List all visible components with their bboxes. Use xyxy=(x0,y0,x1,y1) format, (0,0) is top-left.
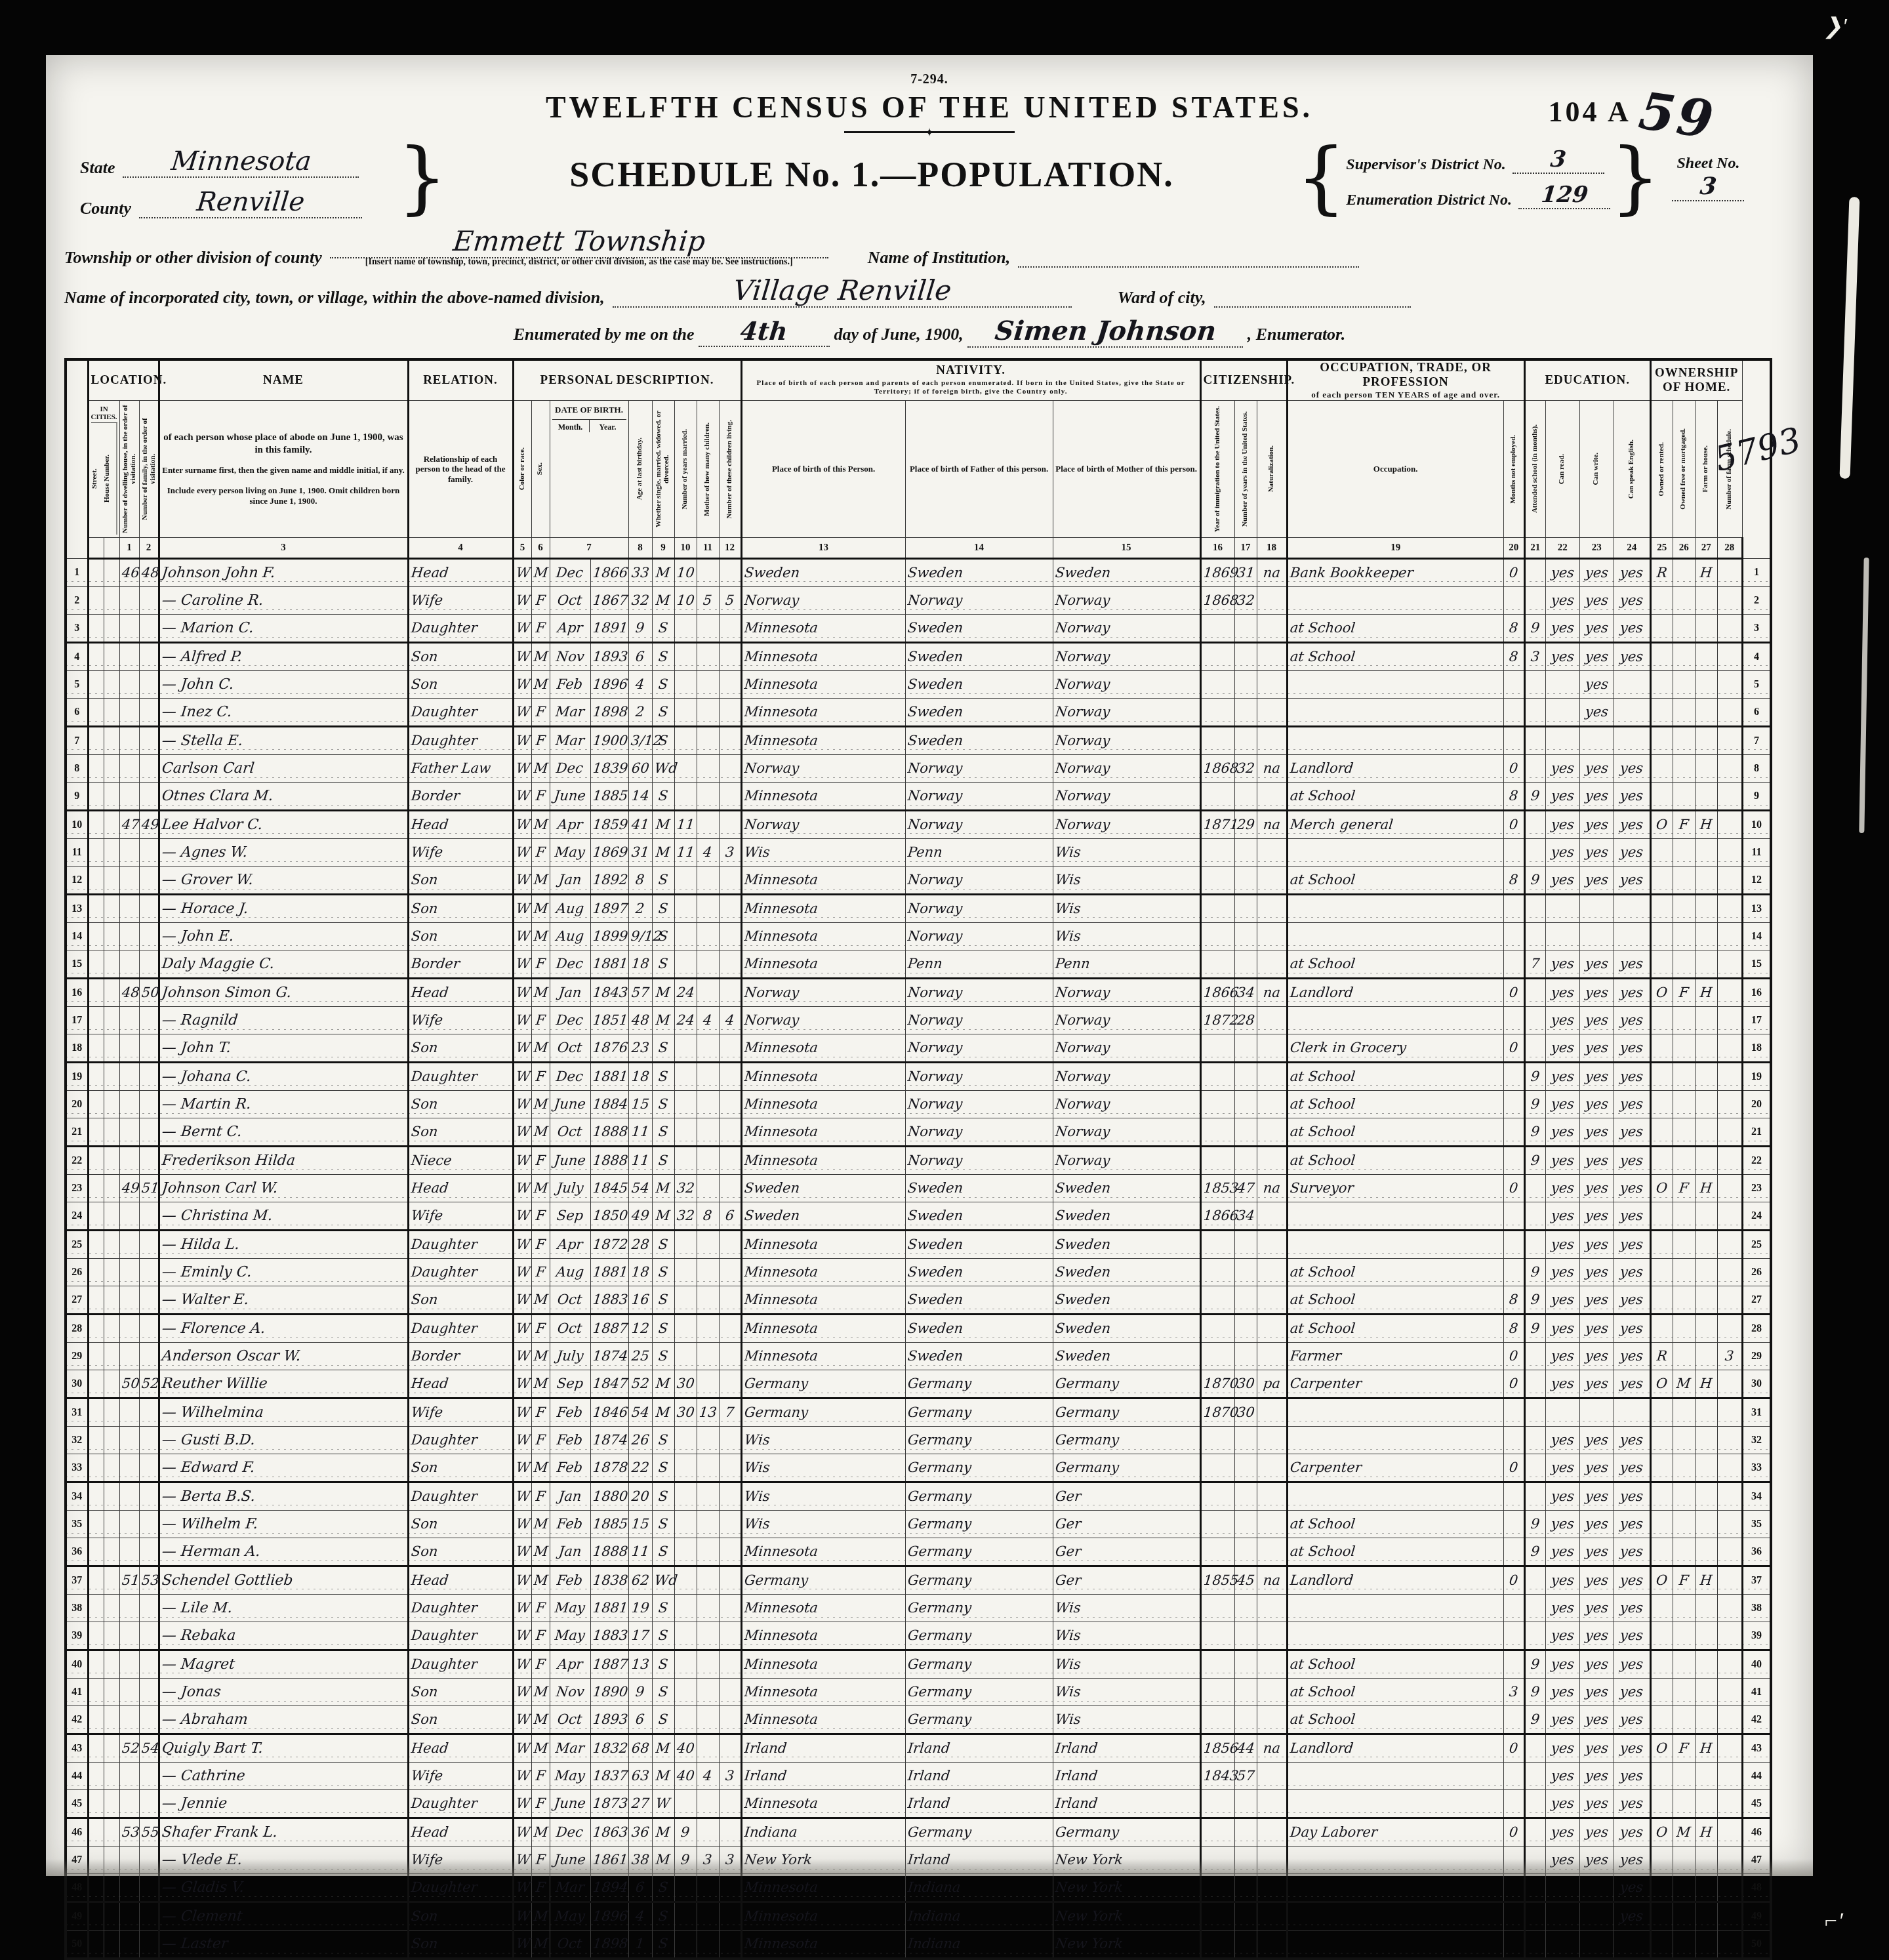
cell-age: 11 xyxy=(628,1538,652,1566)
cell-children-living xyxy=(719,1511,741,1538)
group-personal: PERSONAL DESCRIPTION. xyxy=(513,359,741,401)
cell-relation: Daughter xyxy=(408,1259,513,1286)
rownum-left: 32 xyxy=(66,1427,88,1454)
cell-can-write: yes xyxy=(1579,1259,1614,1286)
cell-farm-schedule xyxy=(1717,1790,1742,1818)
cell-birth-year: 1897 xyxy=(590,895,628,923)
cell-color: W xyxy=(513,671,531,699)
cell-mother-birthplace: Sweden xyxy=(1053,1286,1200,1315)
cell-mother-birthplace: Norway xyxy=(1053,755,1200,783)
cell-years-married xyxy=(674,1902,697,1930)
cell-can-read: yes xyxy=(1545,1538,1579,1566)
cell-can-read: yes xyxy=(1545,1202,1579,1231)
cell-family: 54 xyxy=(139,1734,159,1763)
cell-months-not-employed: 0 xyxy=(1503,1175,1524,1202)
cell-can-write: yes xyxy=(1579,1595,1614,1622)
street-cell xyxy=(88,1007,104,1034)
cell-free-mortgaged xyxy=(1673,1427,1695,1454)
cell-birth-year: 1874 xyxy=(590,1427,628,1454)
cell-father-birthplace: Sweden xyxy=(905,1202,1053,1231)
house-cell xyxy=(104,1399,119,1427)
cell-father-birthplace: Norway xyxy=(905,811,1053,839)
cell-months-not-employed xyxy=(1503,1091,1524,1118)
cell-immigration-year xyxy=(1200,1930,1234,1959)
cell-birthplace: Germany xyxy=(741,1566,905,1595)
cell-can-speak-english: yes xyxy=(1614,1566,1650,1595)
census-sheet: 7-294. TWELFTH CENSUS OF THE UNITED STAT… xyxy=(46,55,1813,1876)
cell-mother-birthplace: Norway xyxy=(1053,1007,1200,1034)
cell-mother-of: 4 xyxy=(697,1007,719,1034)
cell-marital: M xyxy=(652,559,674,587)
cell-marital: S xyxy=(652,1118,674,1147)
cell-can-write: yes xyxy=(1579,1315,1614,1343)
cell-farm-schedule xyxy=(1717,1370,1742,1399)
cell-name: — Clement xyxy=(159,1902,408,1930)
cell-name: Reuther Willie xyxy=(159,1370,408,1399)
cell-can-write: yes xyxy=(1579,1454,1614,1482)
cell-mother-birthplace: Norway xyxy=(1053,699,1200,727)
cell-marital: S xyxy=(652,1147,674,1175)
cell-years-married: 32 xyxy=(674,1175,697,1202)
cell-mother-birthplace: Norway xyxy=(1053,615,1200,643)
cell-farm-house xyxy=(1695,1482,1717,1511)
farm-house-header: Farm or house. xyxy=(1695,401,1717,538)
cell-can-read: yes xyxy=(1545,1679,1579,1706)
cell-farm-schedule xyxy=(1717,1650,1742,1679)
cell-birth-month: Nov xyxy=(550,1679,590,1706)
cell-owned-rented: O xyxy=(1650,1734,1673,1763)
cell-birth-year: 1888 xyxy=(590,1538,628,1566)
cell-naturalization xyxy=(1257,1034,1287,1063)
cell-sex: M xyxy=(531,923,550,950)
cell-mother-of xyxy=(697,643,719,671)
owned-rented-header: Owned or rented. xyxy=(1650,401,1673,538)
cell-children-living xyxy=(719,1231,741,1259)
rownum-right: 33 xyxy=(1742,1454,1771,1482)
cell-years-in-us xyxy=(1234,1790,1257,1818)
cell-free-mortgaged xyxy=(1673,1231,1695,1259)
cell-family: 48 xyxy=(139,559,159,587)
rownum-right: 37 xyxy=(1742,1566,1771,1595)
column-number-4: 4 xyxy=(408,538,513,559)
cell-marital: S xyxy=(652,1063,674,1091)
cell-children-living xyxy=(719,1454,741,1482)
cell-mother-of xyxy=(697,1315,719,1343)
cell-father-birthplace: Sweden xyxy=(905,671,1053,699)
cell-color: W xyxy=(513,811,531,839)
house-cell xyxy=(104,587,119,615)
cell-birthplace: Minnesota xyxy=(741,1231,905,1259)
cell-immigration-year xyxy=(1200,1847,1234,1874)
rownum-left: 2 xyxy=(66,587,88,615)
street-cell xyxy=(88,1147,104,1175)
cell-sex: M xyxy=(531,811,550,839)
cell-farm-house xyxy=(1695,1034,1717,1063)
cell-birth-year: 1843 xyxy=(590,979,628,1007)
cell-birth-year: 1890 xyxy=(590,1679,628,1706)
cell-farm-house xyxy=(1695,950,1717,979)
cell-sex: M xyxy=(531,1538,550,1566)
street-cell xyxy=(88,1063,104,1091)
cell-immigration-year xyxy=(1200,1706,1234,1734)
cell-children-living xyxy=(719,1427,741,1454)
cell-can-speak-english: yes xyxy=(1614,1231,1650,1259)
table-row: 164850Johnson Simon G.HeadWMJan184357M24… xyxy=(66,979,1771,1007)
cell-birthplace: Minnesota xyxy=(741,1118,905,1147)
cell-occupation: at School xyxy=(1287,1063,1503,1091)
rownum-right: 41 xyxy=(1742,1679,1771,1706)
cell-free-mortgaged xyxy=(1673,895,1695,923)
cell-immigration-year xyxy=(1200,950,1234,979)
cell-immigration-year xyxy=(1200,783,1234,811)
cell-dwelling xyxy=(119,895,139,923)
cell-immigration-year xyxy=(1200,1286,1234,1315)
cell-can-write: yes xyxy=(1579,1847,1614,1874)
cell-years-married xyxy=(674,643,697,671)
cell-sex: F xyxy=(531,587,550,615)
cell-immigration-year xyxy=(1200,1595,1234,1622)
cell-can-speak-english: yes xyxy=(1614,1763,1650,1790)
table-row: 29Anderson Oscar W.BorderWMJuly187425SMi… xyxy=(66,1343,1771,1370)
cell-dwelling xyxy=(119,1847,139,1874)
cell-family xyxy=(139,1063,159,1091)
cell-months-not-employed xyxy=(1503,1790,1524,1818)
table-row: 11— Agnes W.WifeWFMay186931M1143WisPennW… xyxy=(66,839,1771,867)
cell-can-read: yes xyxy=(1545,1622,1579,1650)
street-cell xyxy=(88,1622,104,1650)
cell-free-mortgaged xyxy=(1673,1034,1695,1063)
cell-birth-month: Oct xyxy=(550,1315,590,1343)
cell-naturalization xyxy=(1257,1147,1287,1175)
street-cell xyxy=(88,1482,104,1511)
cell-free-mortgaged xyxy=(1673,1538,1695,1566)
cell-birth-year: 1881 xyxy=(590,1259,628,1286)
rownum-left: 40 xyxy=(66,1650,88,1679)
cell-years-married xyxy=(674,1538,697,1566)
cell-can-write: yes xyxy=(1579,839,1614,867)
cell-sex: F xyxy=(531,1650,550,1679)
dob-header: DATE OF BIRTH. Month. Year. xyxy=(550,401,628,538)
cell-mother-of xyxy=(697,1511,719,1538)
cell-naturalization xyxy=(1257,1231,1287,1259)
cell-can-speak-english: yes xyxy=(1614,1118,1650,1147)
cell-naturalization: na xyxy=(1257,1566,1287,1595)
cell-years-married xyxy=(674,895,697,923)
house-cell xyxy=(104,1118,119,1147)
cell-marital: S xyxy=(652,1034,674,1063)
cell-months-not-employed: 0 xyxy=(1503,1566,1524,1595)
cell-color: W xyxy=(513,1930,531,1959)
cell-birthplace: Norway xyxy=(741,755,905,783)
cell-farm-house xyxy=(1695,1650,1717,1679)
cell-birthplace: New York xyxy=(741,1847,905,1874)
street-cell xyxy=(88,1847,104,1874)
cell-dwelling: 51 xyxy=(119,1566,139,1595)
cell-father-birthplace: Germany xyxy=(905,1538,1053,1566)
cell-birth-year: 1845 xyxy=(590,1175,628,1202)
cell-relation: Daughter xyxy=(408,699,513,727)
cell-age: 49 xyxy=(628,1202,652,1231)
cell-school-months xyxy=(1524,1734,1545,1763)
street-cell xyxy=(88,1175,104,1202)
cell-farm-schedule xyxy=(1717,1930,1742,1959)
cell-farm-schedule xyxy=(1717,643,1742,671)
cell-school-months xyxy=(1524,811,1545,839)
cell-years-in-us xyxy=(1234,1147,1257,1175)
cell-can-write: yes xyxy=(1579,559,1614,587)
street-cell xyxy=(88,839,104,867)
cell-farm-schedule xyxy=(1717,1538,1742,1566)
cell-years-in-us xyxy=(1234,1343,1257,1370)
cell-color: W xyxy=(513,1679,531,1706)
cell-years-in-us: 34 xyxy=(1234,1202,1257,1231)
cell-birth-month: Feb xyxy=(550,1454,590,1482)
cell-children-living: 5 xyxy=(719,587,741,615)
cell-farm-schedule xyxy=(1717,1511,1742,1538)
cell-farm-house xyxy=(1695,1706,1717,1734)
cell-can-speak-english: yes xyxy=(1614,1595,1650,1622)
cell-years-married: 40 xyxy=(674,1763,697,1790)
cell-can-read: yes xyxy=(1545,1818,1579,1847)
cell-dwelling: 46 xyxy=(119,559,139,587)
cell-can-speak-english: yes xyxy=(1614,755,1650,783)
cell-birth-month: Dec xyxy=(550,755,590,783)
cell-birth-month: Nov xyxy=(550,643,590,671)
cell-marital: S xyxy=(652,950,674,979)
cell-family xyxy=(139,867,159,895)
cell-mother-of xyxy=(697,950,719,979)
cell-name: — Laster xyxy=(159,1930,408,1959)
street-cell xyxy=(88,1595,104,1622)
enumerated-day: 4th xyxy=(739,316,789,346)
cell-school-months xyxy=(1524,1343,1545,1370)
cell-relation: Son xyxy=(408,1706,513,1734)
enumeration-district-value: 129 xyxy=(1539,182,1589,208)
cell-family: 49 xyxy=(139,811,159,839)
cell-months-not-employed xyxy=(1503,1202,1524,1231)
cell-birth-month: Feb xyxy=(550,1566,590,1595)
cell-years-married xyxy=(674,867,697,895)
rownum-right: 5 xyxy=(1742,671,1771,699)
cell-naturalization xyxy=(1257,1818,1287,1847)
cell-occupation: Landlord xyxy=(1287,979,1503,1007)
cell-birth-month: Feb xyxy=(550,1511,590,1538)
cell-birth-year: 1892 xyxy=(590,867,628,895)
cell-farm-house xyxy=(1695,895,1717,923)
cell-sex: M xyxy=(531,1091,550,1118)
cell-owned-rented xyxy=(1650,783,1673,811)
cell-naturalization xyxy=(1257,1622,1287,1650)
cell-can-speak-english: yes xyxy=(1614,1902,1650,1930)
cell-mother-birthplace: Germany xyxy=(1053,1399,1200,1427)
cell-birthplace: Wis xyxy=(741,1454,905,1482)
page-title: TWELFTH CENSUS OF THE UNITED STATES. xyxy=(546,91,1313,124)
cell-mother-birthplace: Sweden xyxy=(1053,559,1200,587)
cell-years-married: 9 xyxy=(674,1847,697,1874)
cell-months-not-employed: 0 xyxy=(1503,1370,1524,1399)
rownum-right: 2 xyxy=(1742,587,1771,615)
cell-birthplace: Germany xyxy=(741,1399,905,1427)
cell-can-speak-english: yes xyxy=(1614,1790,1650,1818)
cell-mother-birthplace: Ger xyxy=(1053,1511,1200,1538)
cell-owned-rented: R xyxy=(1650,559,1673,587)
cell-can-read: yes xyxy=(1545,867,1579,895)
cell-father-birthplace: Norway xyxy=(905,923,1053,950)
cell-years-married: 24 xyxy=(674,1007,697,1034)
cell-father-birthplace: Irland xyxy=(905,1734,1053,1763)
column-number-25: 25 xyxy=(1650,538,1673,559)
cell-age: 6 xyxy=(628,1706,652,1734)
house-cell xyxy=(104,1706,119,1734)
cell-dwelling xyxy=(119,1063,139,1091)
cell-farm-house xyxy=(1695,1147,1717,1175)
cell-color: W xyxy=(513,923,531,950)
cell-color: W xyxy=(513,1175,531,1202)
cell-father-birthplace: Norway xyxy=(905,1147,1053,1175)
cell-school-months xyxy=(1524,755,1545,783)
cell-birth-month: Dec xyxy=(550,1818,590,1847)
rownum-right: 13 xyxy=(1742,895,1771,923)
cell-birthplace: Wis xyxy=(741,1427,905,1454)
cell-naturalization xyxy=(1257,1427,1287,1454)
cell-years-married: 11 xyxy=(674,839,697,867)
cell-dwelling xyxy=(119,1343,139,1370)
cell-birth-month: Jan xyxy=(550,979,590,1007)
cell-free-mortgaged xyxy=(1673,1315,1695,1343)
table-row: 375153Schendel GottliebHeadWMFeb183862Wd… xyxy=(66,1566,1771,1595)
state-label: State xyxy=(80,158,115,178)
cell-relation: Son xyxy=(408,895,513,923)
column-number-27: 27 xyxy=(1695,538,1717,559)
cell-mother-of xyxy=(697,1566,719,1595)
cell-occupation xyxy=(1287,923,1503,950)
cell-years-in-us xyxy=(1234,1679,1257,1706)
cell-mother-of xyxy=(697,923,719,950)
cell-birth-month: Mar xyxy=(550,699,590,727)
cell-children-living xyxy=(719,1175,741,1202)
cell-owned-rented xyxy=(1650,1482,1673,1511)
cell-dwelling xyxy=(119,1902,139,1930)
cell-birth-year: 1876 xyxy=(590,1034,628,1063)
cell-birth-year: 1888 xyxy=(590,1118,628,1147)
cell-years-married: 10 xyxy=(674,559,697,587)
cell-farm-schedule xyxy=(1717,1399,1742,1427)
cell-father-birthplace: Indiana xyxy=(905,1930,1053,1959)
cell-free-mortgaged xyxy=(1673,1147,1695,1175)
cell-mother-birthplace: Wis xyxy=(1053,839,1200,867)
cell-mother-of: 3 xyxy=(697,1847,719,1874)
cell-name: — Agnes W. xyxy=(159,839,408,867)
dwelling-header: Number of dwelling house, in the order o… xyxy=(119,401,139,538)
rownum-right: 43 xyxy=(1742,1734,1771,1763)
cell-owned-rented xyxy=(1650,867,1673,895)
cell-years-married xyxy=(674,1231,697,1259)
cell-school-months xyxy=(1524,1847,1545,1874)
cell-name: — Florence A. xyxy=(159,1315,408,1343)
cell-can-read: yes xyxy=(1545,1343,1579,1370)
ward-value-blank xyxy=(1214,287,1411,308)
cell-can-read xyxy=(1545,727,1579,755)
rownum-left: 18 xyxy=(66,1034,88,1063)
cell-farm-house: H xyxy=(1695,1734,1717,1763)
rownum-right: 8 xyxy=(1742,755,1771,783)
rownum-left: 43 xyxy=(66,1734,88,1763)
house-cell xyxy=(104,1482,119,1511)
cell-relation: Wife xyxy=(408,587,513,615)
table-row: 50— LasterSonWMOct18981SMinnesotaIndiana… xyxy=(66,1930,1771,1959)
cell-school-months xyxy=(1524,699,1545,727)
cell-mother-of xyxy=(697,1679,719,1706)
cell-farm-schedule xyxy=(1717,1818,1742,1847)
cell-birth-month: Mar xyxy=(550,1874,590,1902)
cell-birth-month: May xyxy=(550,1902,590,1930)
cell-relation: Border xyxy=(408,950,513,979)
cell-birth-year: 1894 xyxy=(590,1874,628,1902)
cell-sex: F xyxy=(531,783,550,811)
cell-mother-of xyxy=(697,1231,719,1259)
cell-birthplace: Minnesota xyxy=(741,1538,905,1566)
cell-months-not-employed xyxy=(1503,727,1524,755)
cell-mother-of: 4 xyxy=(697,839,719,867)
cell-immigration-year: 1868 xyxy=(1200,755,1234,783)
cell-can-write: yes xyxy=(1579,1007,1614,1034)
cell-immigration-year xyxy=(1200,699,1234,727)
cell-occupation: at School xyxy=(1287,867,1503,895)
cell-color: W xyxy=(513,1343,531,1370)
cell-naturalization xyxy=(1257,867,1287,895)
rownum-left: 47 xyxy=(66,1847,88,1874)
cell-birthplace: Wis xyxy=(741,1511,905,1538)
cell-can-speak-english: yes xyxy=(1614,615,1650,643)
cell-immigration-year: 1871 xyxy=(1200,811,1234,839)
table-row: 32— Gusti B.D.DaughterWFFeb187426SWisGer… xyxy=(66,1427,1771,1454)
cell-relation: Wife xyxy=(408,1763,513,1790)
cell-marital: S xyxy=(652,1622,674,1650)
cell-color: W xyxy=(513,755,531,783)
table-row: 7— Stella E.DaughterWFMar19003/12SMinnes… xyxy=(66,727,1771,755)
cell-name: — Berta B.S. xyxy=(159,1482,408,1511)
table-row: 27— Walter E.SonWMOct188316SMinnesotaSwe… xyxy=(66,1286,1771,1315)
street-cell xyxy=(88,867,104,895)
cell-birth-year: 1881 xyxy=(590,950,628,979)
cell-family xyxy=(139,727,159,755)
cell-father-birthplace: Germany xyxy=(905,1818,1053,1847)
cell-color: W xyxy=(513,587,531,615)
cell-can-write: yes xyxy=(1579,1202,1614,1231)
rownum-right: 26 xyxy=(1742,1259,1771,1286)
cell-farm-schedule xyxy=(1717,1007,1742,1034)
cell-can-write: yes xyxy=(1579,1175,1614,1202)
cell-children-living xyxy=(719,923,741,950)
cell-sex: F xyxy=(531,1231,550,1259)
cell-months-not-employed xyxy=(1503,1595,1524,1622)
page-stamp: 104 A 59 xyxy=(1549,86,1716,146)
cell-immigration-year: 1868 xyxy=(1200,587,1234,615)
cell-school-months xyxy=(1524,1007,1545,1034)
cell-sex: F xyxy=(531,1790,550,1818)
street-cell xyxy=(88,699,104,727)
cell-children-living: 3 xyxy=(719,1763,741,1790)
cell-dwelling xyxy=(119,1538,139,1566)
cell-can-speak-english: yes xyxy=(1614,1874,1650,1902)
street-colnum xyxy=(88,538,104,559)
cell-family xyxy=(139,587,159,615)
cell-relation: Wife xyxy=(408,1007,513,1034)
cell-mother-of xyxy=(697,895,719,923)
cell-years-in-us xyxy=(1234,727,1257,755)
cell-name: — Walter E. xyxy=(159,1286,408,1315)
cell-farm-schedule xyxy=(1717,1454,1742,1482)
